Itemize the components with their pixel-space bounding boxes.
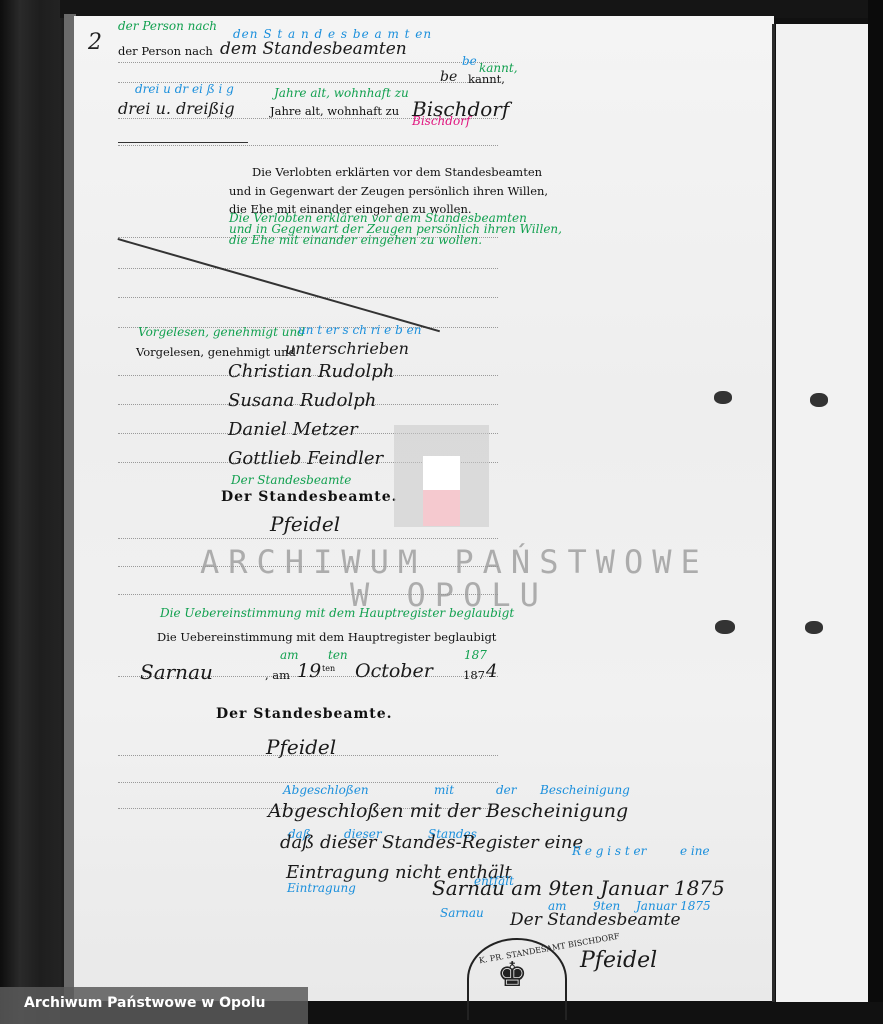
annotation-person-nach: der Person nach (118, 19, 217, 33)
annotation-closing-eintragung: Eintragung (287, 881, 356, 895)
printed-year-prefix: 187 (463, 668, 485, 682)
signature-4: Gottlieb Feindler (228, 448, 383, 469)
eagle-icon: ♚ (497, 955, 527, 995)
signature-1: Christian Rudolph (228, 361, 394, 382)
annotation-declaration-3: die Ehe mit einander eingehen zu wollen. (229, 233, 482, 247)
annotation-registrar-1: Der Standesbeamte (231, 473, 351, 487)
ruled-line (118, 297, 498, 298)
watermark-flag-red (423, 490, 460, 526)
registrar-signature-2: Pfeidel (266, 735, 336, 759)
punch-hole (714, 391, 732, 404)
scan-right-border (868, 0, 883, 1024)
annotation-residence: Bischdorf (412, 114, 470, 128)
signature-2: Susana Rudolph (228, 390, 376, 411)
ruled-line (118, 145, 498, 146)
printed-declaration-2: und in Gegenwart der Zeugen persönlich i… (229, 184, 548, 198)
handwritten-closing-1: Abgeschloßen mit der Bescheinigung (268, 800, 628, 822)
ruled-line (118, 538, 498, 539)
registrar-signature-1: Pfeidel (270, 512, 340, 536)
handwritten-closing-2: daß dieser Standes-Register eine (280, 832, 583, 853)
punch-hole (810, 393, 828, 407)
printed-declaration-1: Die Verlobten erklärten vor dem Standesb… (252, 165, 542, 179)
printed-person-line: der Person nach (118, 44, 213, 58)
registrar-signature-3: Pfeidel (580, 948, 657, 973)
annotation-closing-abgeschlossen: Abgeschloßen (283, 783, 369, 797)
signature-3: Daniel Metzer (228, 419, 358, 440)
annotation-signed: un t er s ch ri e b en (298, 323, 421, 337)
handwritten-closing-title: Der Standesbeamte (510, 910, 681, 930)
annotation-read-approved: Vorgelesen, genehmigt und (138, 325, 305, 339)
annotation-closing-der: der (496, 783, 517, 797)
punch-hole (805, 621, 823, 634)
ruled-line (118, 268, 498, 269)
handwritten-be: be (440, 69, 457, 85)
annotation-year-prefix: 187 (464, 648, 487, 662)
page-gutter (772, 24, 775, 1004)
annotation-age-line: Jahre alt, wohnhaft zu (274, 86, 409, 100)
ruled-line (118, 62, 498, 63)
printed-am: , am (265, 668, 290, 682)
entry-number: 2 (88, 30, 102, 55)
handwritten-place: Sarnau (140, 660, 213, 684)
annotation-closing-mit: mit (434, 783, 454, 797)
annotation-conformity: Die Uebereinstimmung mit dem Hauptregist… (160, 606, 514, 620)
handwritten-year-digit: 4 (486, 661, 497, 682)
handwritten-day: 19 (297, 660, 321, 682)
printed-registrar-2: Der Standesbeamte. (216, 706, 393, 722)
annotation-age-words: drei u dr ei ß i g (135, 82, 234, 96)
annotation-be: be (462, 54, 477, 68)
annotation-closing-bescheinigung: Bescheinigung (540, 783, 630, 797)
annotation-closing-register: R e g i s t er (572, 844, 646, 858)
annotation-closing-eine: e ine (680, 844, 710, 858)
printed-conformity: Die Uebereinstimmung mit dem Hauptregist… (157, 630, 496, 644)
annotation-closing-sarnau: Sarnau (440, 906, 484, 920)
punch-hole (715, 620, 735, 634)
printed-ten: ten (322, 664, 335, 673)
handwritten-signed: unterschrieben (285, 339, 409, 358)
annotation-ten: ten (328, 648, 348, 662)
annotation-am: am (280, 648, 299, 662)
handwritten-age: drei u. dreißig (118, 99, 235, 118)
handwritten-closing-date: Sarnau am 9ten Januar 1875 (432, 876, 725, 900)
handwritten-month: October (355, 660, 433, 682)
archive-footer-label: Archiwum Państwowe w Opolu (24, 995, 265, 1011)
adjacent-page (776, 24, 868, 1004)
printed-age-line: Jahre alt, wohnhaft zu (270, 104, 399, 118)
watermark-flag-white (423, 456, 460, 490)
pen-line (118, 142, 248, 143)
printed-registrar-1: Der Standesbeamte. (221, 489, 398, 505)
printed-read-approved: Vorgelesen, genehmigt und (136, 345, 296, 359)
printed-kannt: kannt, (468, 72, 505, 86)
handwritten-person-value: dem Standesbeamten (220, 39, 407, 59)
